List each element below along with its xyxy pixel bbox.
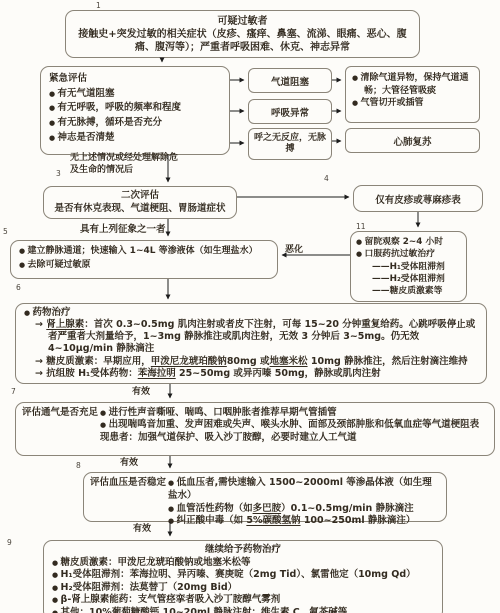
anaphylaxis-flowchart: 1 2 3 4 5 6 7 8 9 11 可疑过敏者 接触史+突发过敏的相关症状… — [0, 0, 500, 613]
flow-connectors — [0, 0, 500, 613]
